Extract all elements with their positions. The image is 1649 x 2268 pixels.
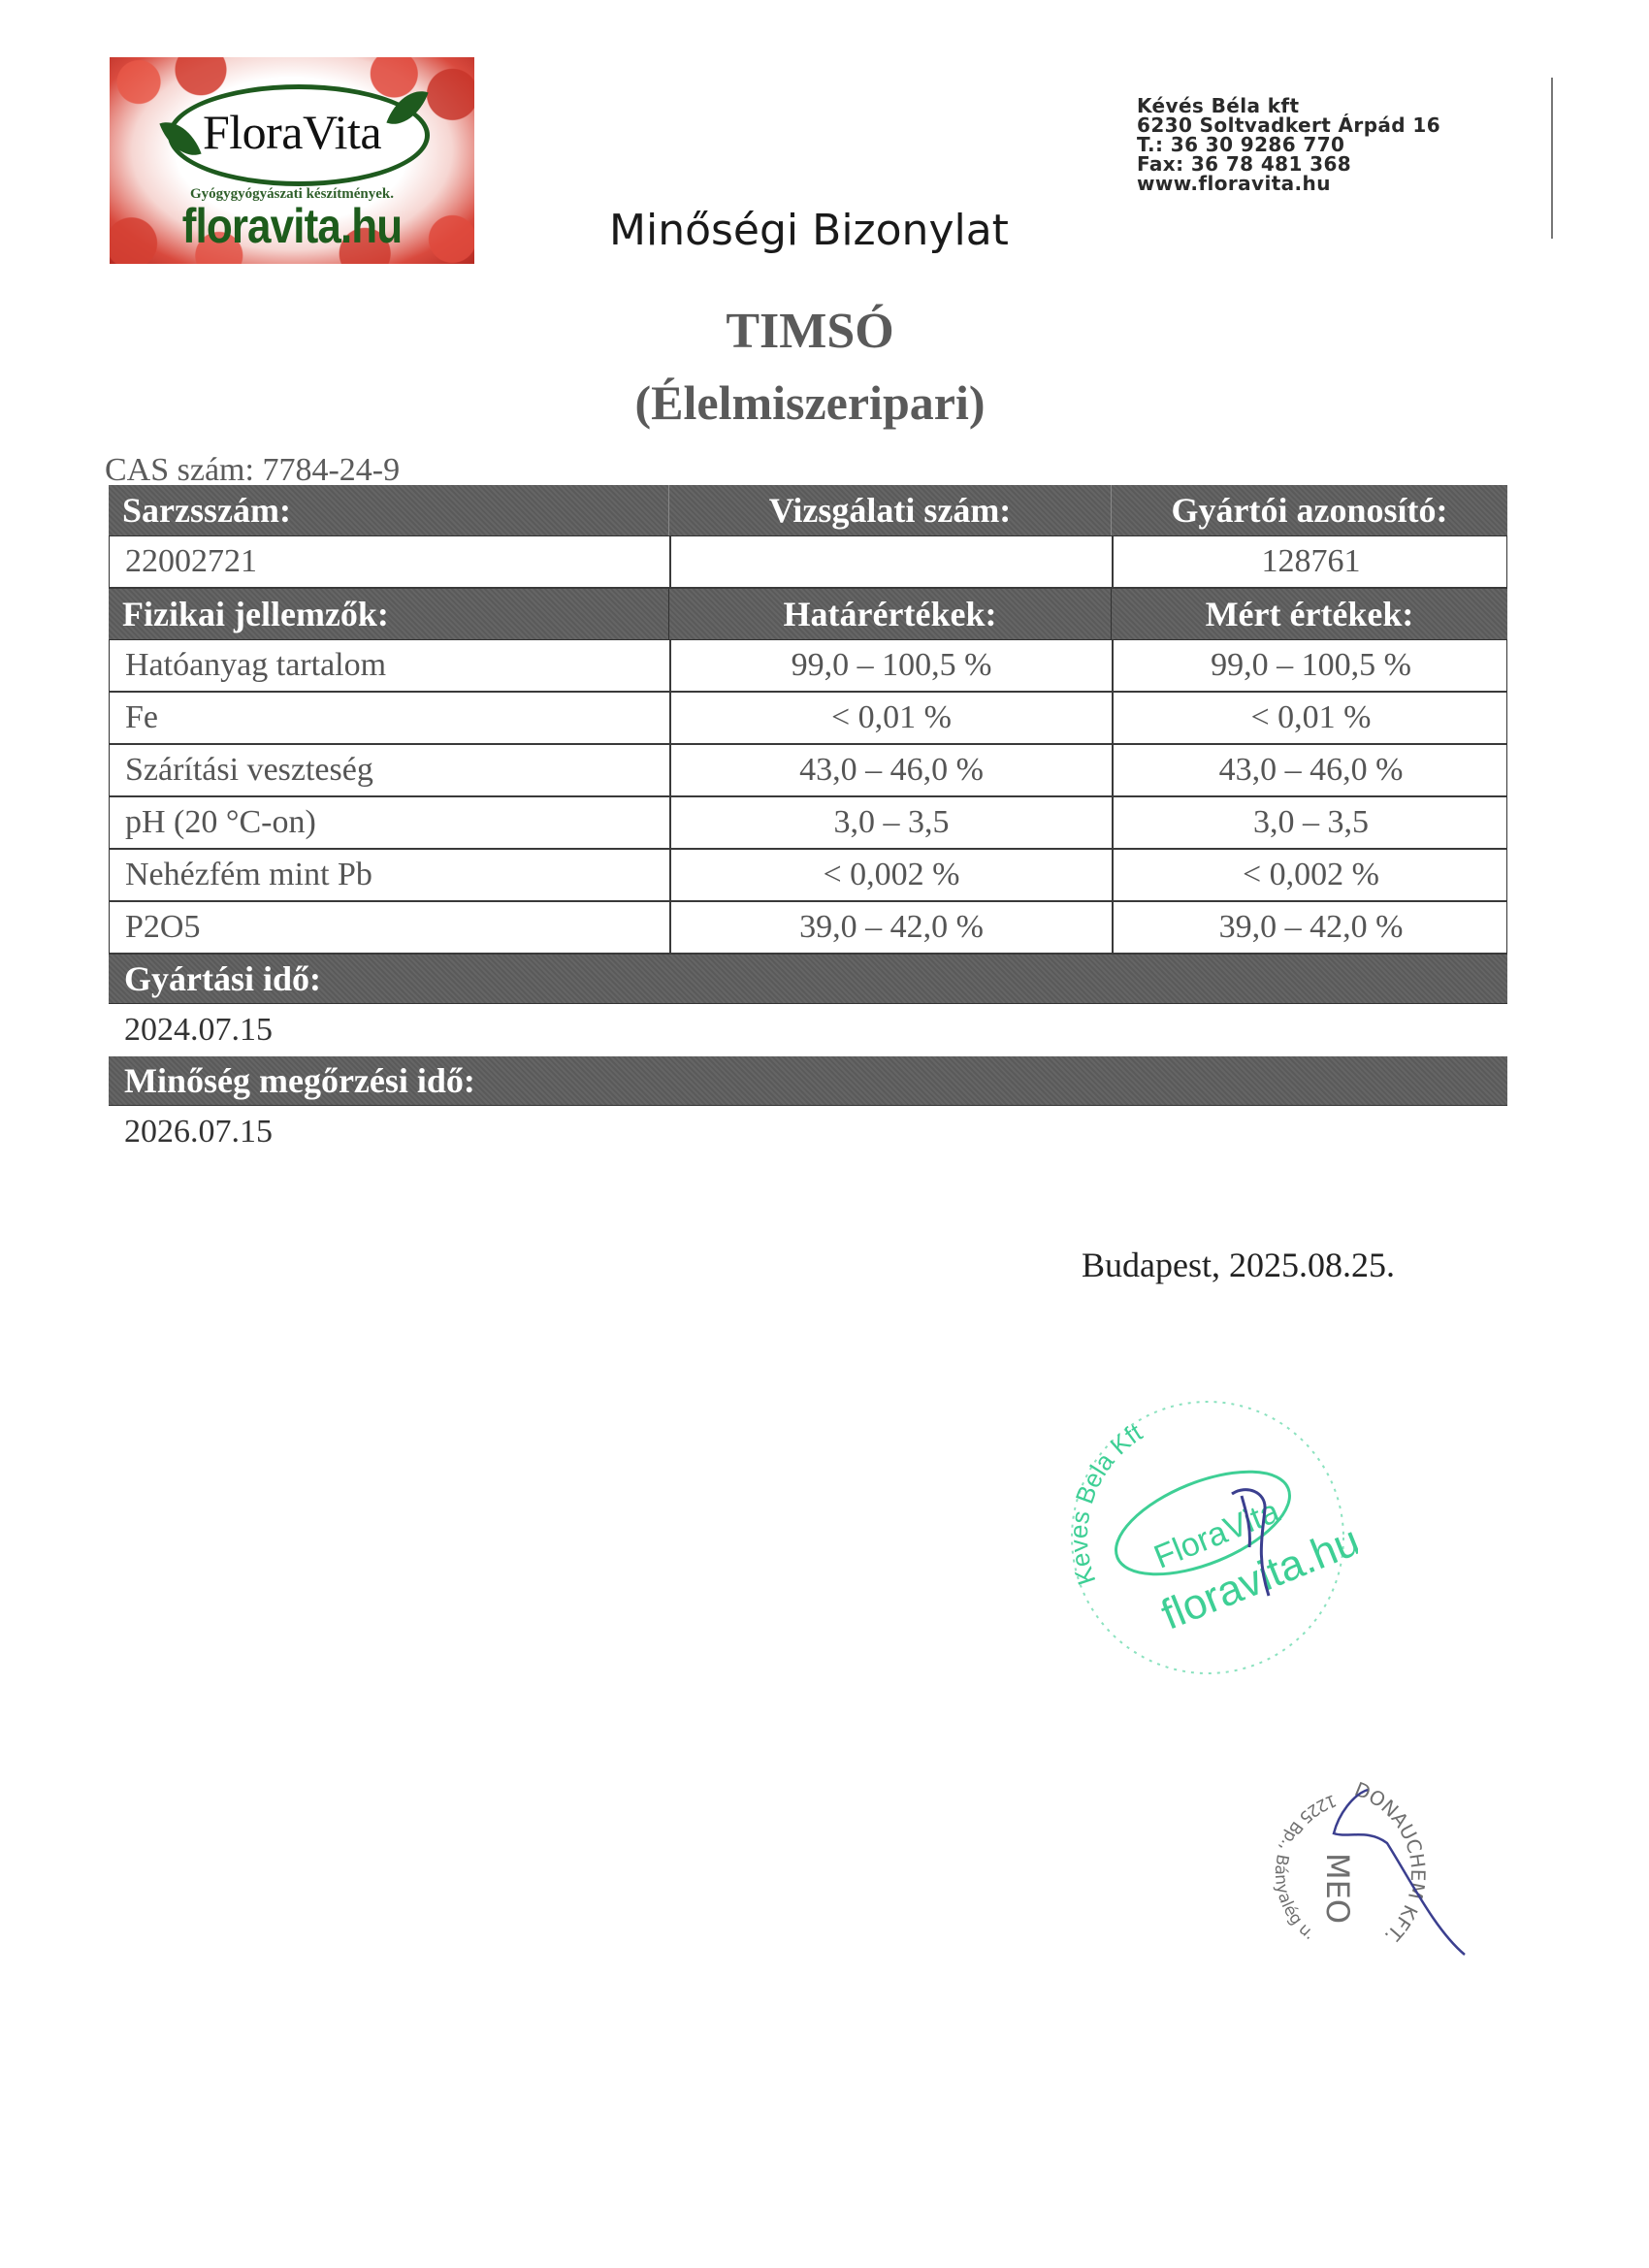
measured-value: < 0,01 % (1112, 693, 1508, 743)
limit-value: 43,0 – 46,0 % (669, 745, 1112, 795)
company-phone: T.: 36 30 9286 770 (1137, 135, 1440, 154)
measured-value: 39,0 – 42,0 % (1112, 902, 1508, 953)
svg-text:Keves Bela Kft: Keves Bela Kft (1064, 1417, 1148, 1589)
limit-value: 99,0 – 100,5 % (669, 640, 1112, 691)
table-row: Nehézfém mint Pb< 0,002 %< 0,002 % (109, 850, 1507, 902)
test-number (669, 536, 1112, 587)
production-date: 2024.07.15 (109, 1004, 1507, 1056)
header-batch-number: Sarzsszám: (109, 490, 668, 531)
header-band-properties: Fizikai jellemzők: Határértékek: Mért ér… (109, 589, 1507, 640)
table-row: Hatóanyag tartalom99,0 – 100,5 %99,0 – 1… (109, 640, 1507, 693)
limit-value: 39,0 – 42,0 % (669, 902, 1112, 953)
best-before-band: Minőség megőrzési idő: (109, 1056, 1507, 1106)
table-row: pH (20 °C-on)3,0 – 3,53,0 – 3,5 (109, 797, 1507, 850)
quality-table: Sarzsszám: Vizsgálati szám: Gyártói azon… (109, 485, 1507, 1158)
table-row: Szárítási veszteség43,0 – 46,0 %43,0 – 4… (109, 745, 1507, 797)
property-name: P2O5 (110, 902, 669, 953)
qc-stamp-company: DONAUCHEM KFT. (1351, 1777, 1430, 1949)
limit-value: < 0,01 % (669, 693, 1112, 743)
company-address: Kévés Béla kft 6230 Soltvadkert Árpád 16… (1137, 96, 1440, 193)
place-and-date: Budapest, 2025.08.25. (1082, 1245, 1395, 1285)
property-name: Fe (110, 693, 669, 743)
property-name: Szárítási veszteség (110, 745, 669, 795)
property-name: Hatóanyag tartalom (110, 640, 669, 691)
header-physical-properties: Fizikai jellemzők: (109, 594, 668, 634)
header-test-number: Vizsgálati szám: (668, 485, 1111, 535)
company-website: www.floravita.hu (1137, 174, 1440, 193)
svg-text:DONAUCHEM KFT.: DONAUCHEM KFT. (1351, 1777, 1430, 1949)
cas-number: CAS szám: 7784-24-9 (105, 452, 400, 489)
ids-row: 22002721 128761 (109, 536, 1507, 589)
production-date-band: Gyártási idő: (109, 955, 1507, 1004)
table-row: P2O539,0 – 42,0 %39,0 – 42,0 % (109, 902, 1507, 955)
limit-value: < 0,002 % (669, 850, 1112, 900)
product-type: (Élelmiszeripari) (0, 374, 1634, 431)
measured-value: < 0,002 % (1112, 850, 1508, 900)
product-name: TIMSÓ (0, 303, 1634, 360)
limit-value: 3,0 – 3,5 (669, 797, 1112, 848)
company-name: Kévés Béla kft (1137, 96, 1440, 115)
manufacturer-id: 128761 (1112, 536, 1508, 587)
batch-number: 22002721 (110, 536, 669, 587)
floravita-logo: FloraVita Gyógygyógyászati készítmények.… (110, 57, 474, 264)
header-manufacturer-id: Gyártói azonosító: (1111, 485, 1507, 535)
logo-brand: FloraVita (110, 104, 474, 160)
logo-url: floravita.hu (132, 198, 453, 254)
document-title: Minőségi Bizonylat (609, 206, 1009, 255)
measured-value: 3,0 – 3,5 (1112, 797, 1508, 848)
property-name: pH (20 °C-on) (110, 797, 669, 848)
company-street: 6230 Soltvadkert Árpád 16 (1137, 115, 1440, 135)
best-before-date: 2026.07.15 (109, 1106, 1507, 1158)
table-row: Fe< 0,01 %< 0,01 % (109, 693, 1507, 745)
header-band-ids: Sarzsszám: Vizsgálati szám: Gyártói azon… (109, 485, 1507, 536)
stamp-ring-text: Keves Bela Kft (1064, 1417, 1148, 1589)
company-stamp: Keves Bela Kft FloraVita floravita.hu (1057, 1387, 1358, 1688)
measured-value: 99,0 – 100,5 % (1112, 640, 1508, 691)
measured-value: 43,0 – 46,0 % (1112, 745, 1508, 795)
qc-stamp-meo: MEO (1319, 1853, 1356, 1924)
property-name: Nehézfém mint Pb (110, 850, 669, 900)
header-measured: Mért értékek: (1111, 589, 1507, 639)
margin-rule (1551, 78, 1553, 239)
header-limits: Határértékek: (668, 589, 1111, 639)
company-fax: Fax: 36 78 481 368 (1137, 154, 1440, 174)
qc-stamp: 1225 Bp., Bányalég u. 37-43. DONAUCHEM K… (1222, 1775, 1474, 1989)
